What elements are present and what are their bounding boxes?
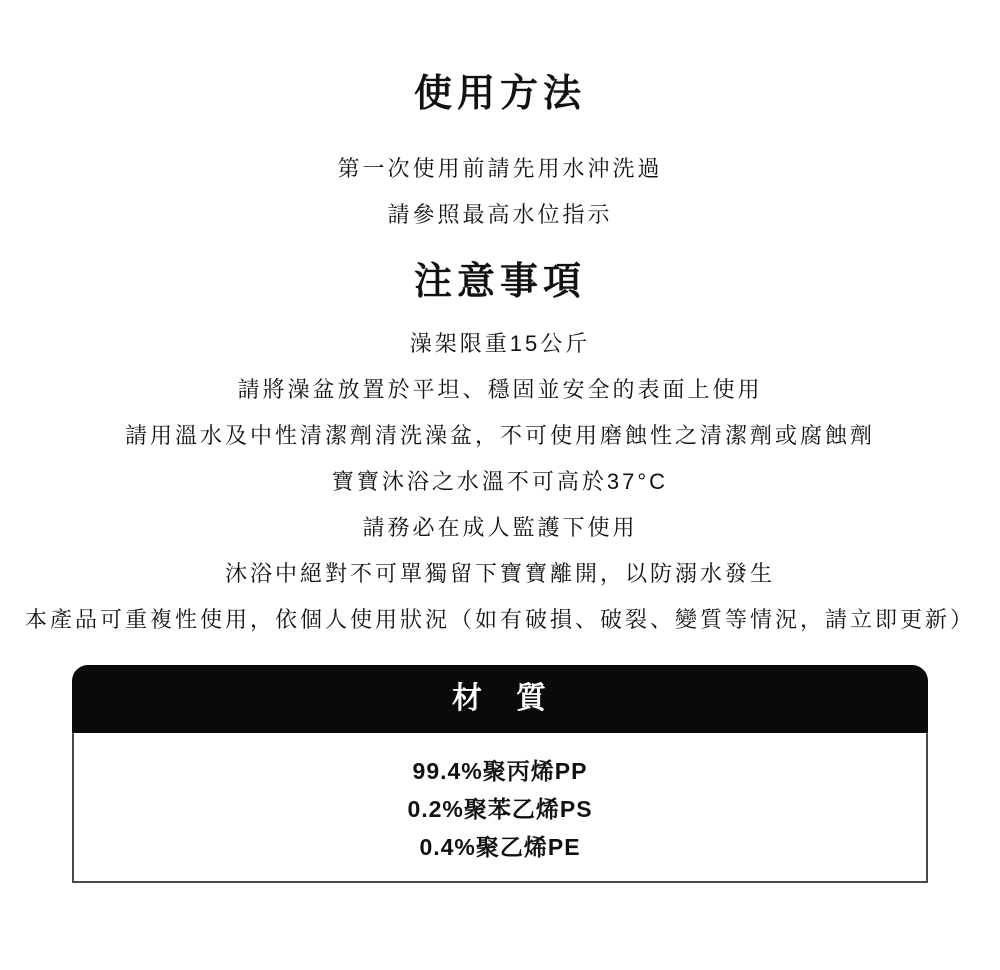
notes-lines: 澡架限重15公斤 請將澡盆放置於平坦、穩固並安全的表面上使用 請用溫水及中性清潔… <box>0 321 1000 643</box>
usage-line: 請參照最高水位指示 <box>0 192 1000 238</box>
usage-lines: 第一次使用前請先用水沖洗過 請參照最高水位指示 <box>0 146 1000 238</box>
notes-section-title: 注意事項 <box>0 260 1000 304</box>
material-section: 材 質 99.4%聚丙烯PP 0.2%聚苯乙烯PS 0.4%聚乙烯PE <box>72 665 928 883</box>
usage-section: 使用方法 第一次使用前請先用水沖洗過 請參照最高水位指示 <box>0 0 1000 238</box>
material-line: 0.4%聚乙烯PE <box>74 828 926 866</box>
notes-line: 請務必在成人監護下使用 <box>0 505 1000 551</box>
material-line: 0.2%聚苯乙烯PS <box>74 790 926 828</box>
material-header-bar: 材 質 <box>72 665 928 733</box>
usage-line: 第一次使用前請先用水沖洗過 <box>0 146 1000 192</box>
usage-section-title: 使用方法 <box>0 0 1000 116</box>
notes-line: 請將澡盆放置於平坦、穩固並安全的表面上使用 <box>0 367 1000 413</box>
notes-line: 請用溫水及中性清潔劑清洗澡盆，不可使用磨蝕性之清潔劑或腐蝕劑 <box>0 413 1000 459</box>
notes-line: 寶寶沐浴之水溫不可高於37°C <box>0 459 1000 505</box>
material-line: 99.4%聚丙烯PP <box>74 752 926 790</box>
material-section-title: 材 質 <box>452 665 548 733</box>
material-content-box: 99.4%聚丙烯PP 0.2%聚苯乙烯PS 0.4%聚乙烯PE <box>72 733 928 883</box>
product-info-page: 使用方法 第一次使用前請先用水沖洗過 請參照最高水位指示 注意事項 澡架限重15… <box>0 0 1000 970</box>
notes-line: 本產品可重複性使用，依個人使用狀況（如有破損、破裂、變質等情況，請立即更新） <box>0 597 1000 643</box>
notes-section: 注意事項 澡架限重15公斤 請將澡盆放置於平坦、穩固並安全的表面上使用 請用溫水… <box>0 260 1000 643</box>
notes-line: 沐浴中絕對不可單獨留下寶寶離開，以防溺水發生 <box>0 551 1000 597</box>
notes-line: 澡架限重15公斤 <box>0 321 1000 367</box>
